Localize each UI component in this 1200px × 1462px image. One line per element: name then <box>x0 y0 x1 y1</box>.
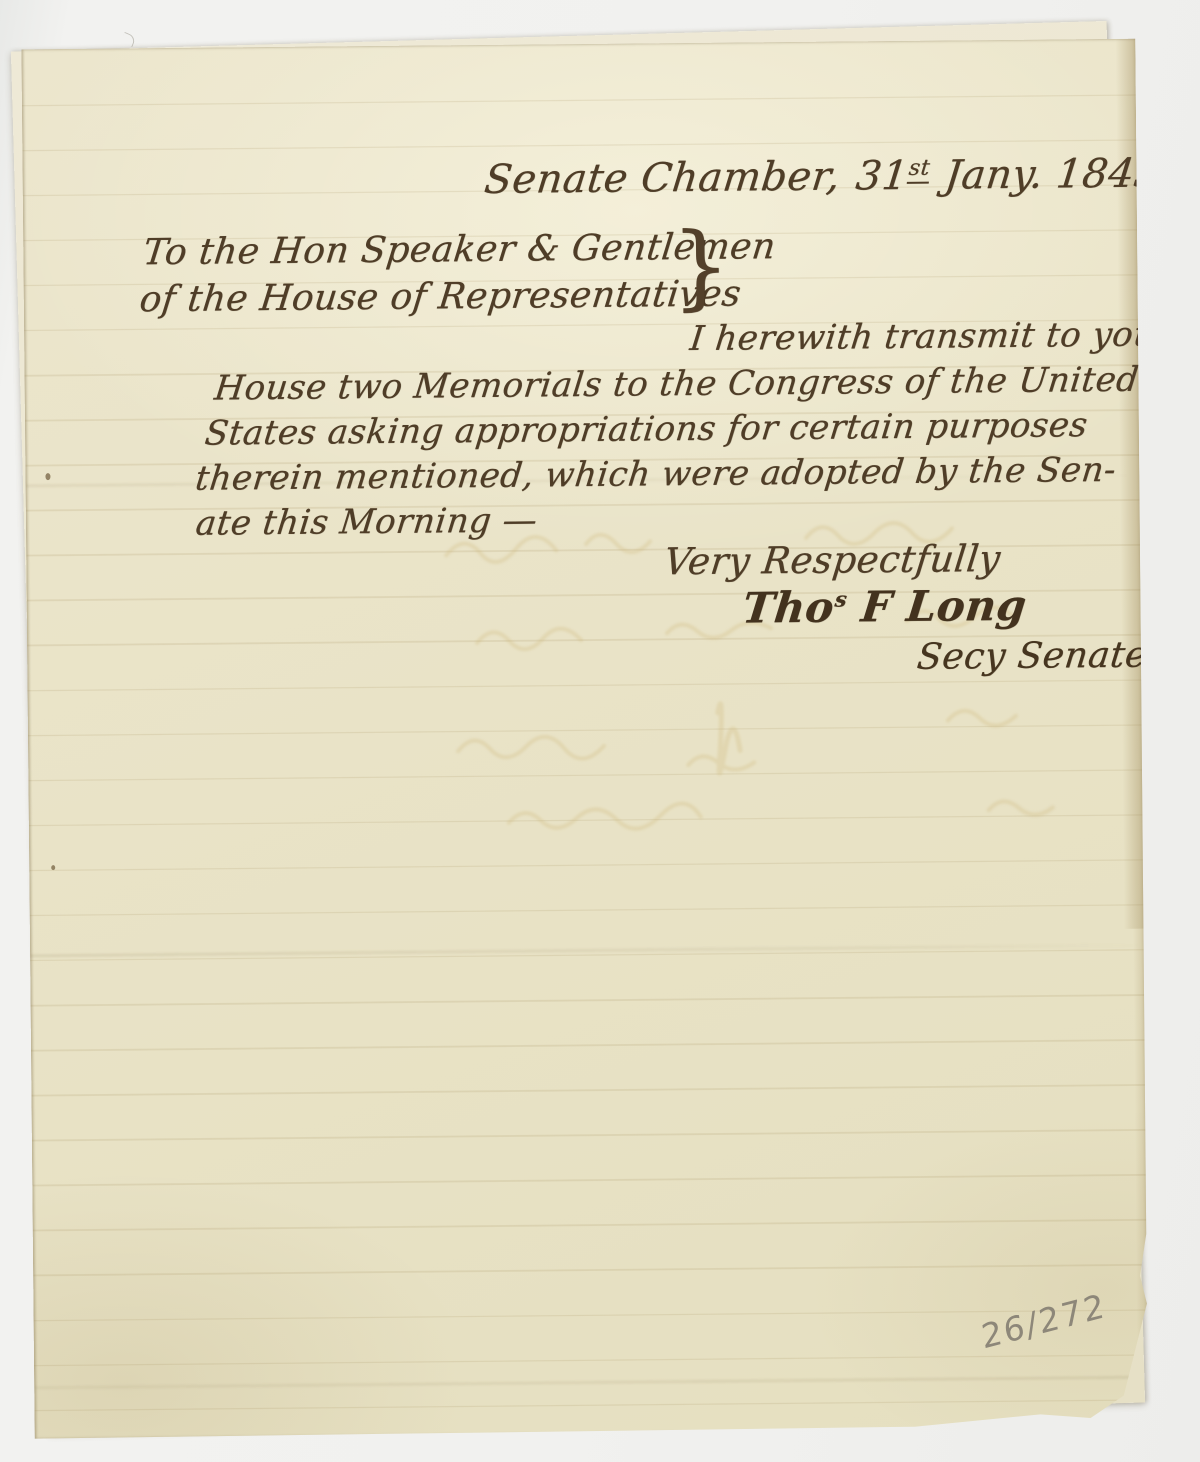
dateline-day: 31st <box>854 153 932 200</box>
dateline: Senate Chamber,31stJany. 1843 <box>482 150 1163 203</box>
signature-rest: F Long <box>844 581 1030 632</box>
stray-pencil-mark <box>120 32 136 47</box>
archival-page-number: 26/272 <box>979 1286 1109 1357</box>
body-line-5: ate this Morning — <box>194 500 540 543</box>
signature: Thos F Long <box>740 581 1029 633</box>
edge-speck <box>45 473 50 480</box>
address-brace: } <box>671 213 731 321</box>
fold-crease-lower <box>34 1376 1148 1390</box>
address-line-2: of the House of Representatives <box>137 273 743 320</box>
body-line-1: I herewith transmit to your <box>688 314 1175 359</box>
dateline-day-suffix: st <box>907 155 931 183</box>
body-line-4: therein mentioned, which were adopted by… <box>193 450 1118 499</box>
photo-backdrop: Senate Chamber,31stJany. 1843 To the Hon… <box>0 0 1200 1462</box>
body-line-2: House two Memorials to the Congress of t… <box>212 360 1141 409</box>
dateline-month-year: Jany. 1843 <box>943 150 1163 198</box>
letter-page: Senate Chamber,31stJany. 1843 To the Hon… <box>21 39 1148 1440</box>
signature-name: Tho <box>740 583 837 633</box>
edge-speck <box>51 865 55 870</box>
valediction: Very Respectfully <box>662 537 1003 583</box>
signer-title: Secy Senate <box>915 635 1149 678</box>
dateline-place: Senate Chamber, <box>482 153 843 202</box>
body-line-3: States asking appropriations for certain… <box>203 405 1090 454</box>
fold-crease-middle <box>30 944 1144 958</box>
